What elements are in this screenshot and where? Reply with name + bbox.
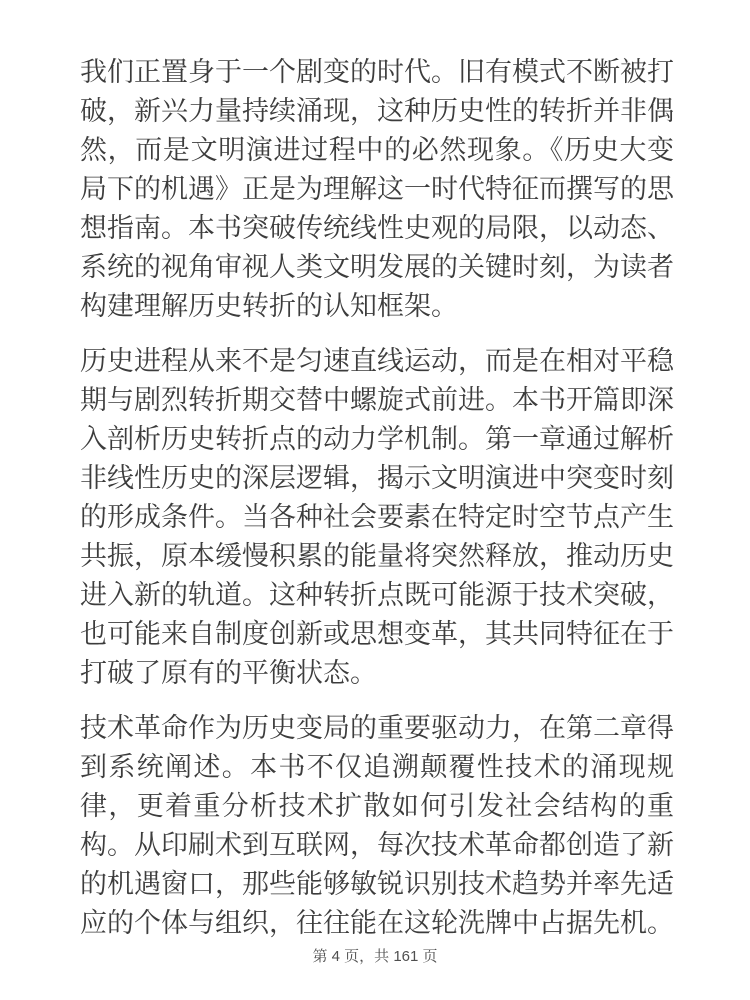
paragraph-3: 技术革命作为历史变局的重要驱动力，在第二章得到系统阐述。本书不仅追溯颠覆性技术的… [80, 709, 674, 943]
document-page: 我们正置身于一个剧变的时代。旧有模式不断被打破，新兴力量持续涌现，这种历史性的转… [0, 0, 750, 1000]
document-body: 我们正置身于一个剧变的时代。旧有模式不断被打破，新兴力量持续涌现，这种历史性的转… [80, 53, 674, 959]
paragraph-2: 历史进程从来不是匀速直线运动，而是在相对平稳期与剧烈转折期交替中螺旋式前进。本书… [80, 342, 674, 693]
paragraph-1: 我们正置身于一个剧变的时代。旧有模式不断被打破，新兴力量持续涌现，这种历史性的转… [80, 53, 674, 326]
page-number-footer: 第 4 页，共 161 页 [0, 948, 750, 966]
